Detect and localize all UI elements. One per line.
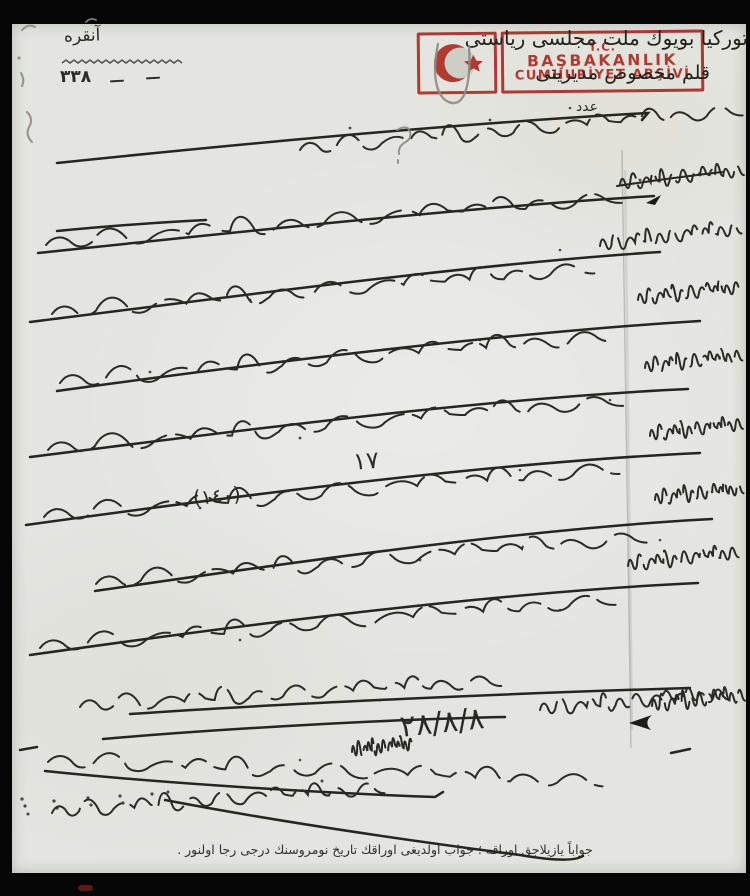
handwritten-number-17: ١٧ xyxy=(352,446,380,476)
red-ink-smudge xyxy=(78,885,93,891)
printed-footer-note: جواباً يازيلاجق اوراقه ؛ جواب اولديغى او… xyxy=(175,842,595,857)
handwritten-number-140: (١٤٠) xyxy=(192,482,242,510)
place-annotation-ankara: آنقره xyxy=(64,25,101,46)
scanned-document-page: T.C. BAŞBAKANLIK CUMHURİYET ARŞİVİ توركي… xyxy=(0,0,750,896)
document-number-annotation: ٣٣٨ xyxy=(60,67,91,87)
letterhead-line2: قلم مخصوص مديريتى xyxy=(535,62,710,84)
letterhead-line1: توركيا بويوك ملت مجلسى رياستى xyxy=(465,26,748,50)
number-field-label: عدد xyxy=(576,99,598,115)
paper-sheet xyxy=(12,24,746,873)
